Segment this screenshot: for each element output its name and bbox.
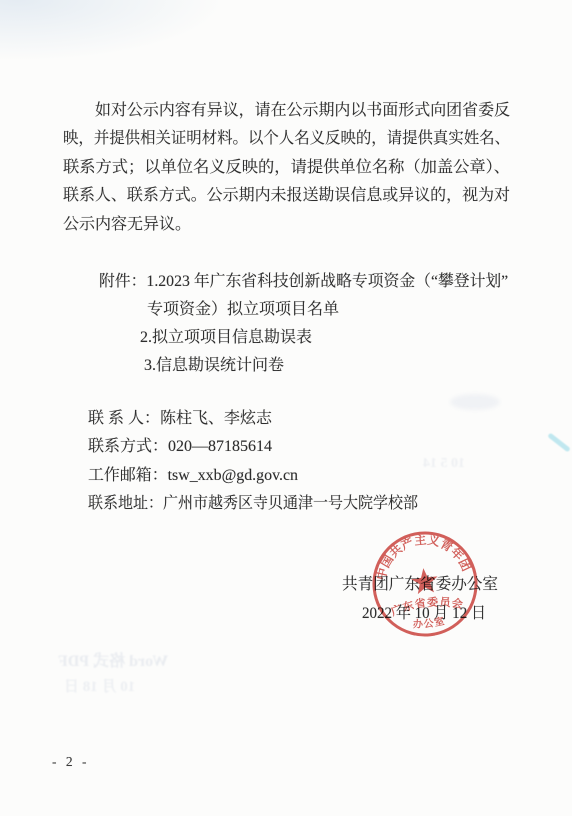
contact-person: 联 系 人：陈柱飞、李炫志 bbox=[88, 409, 272, 429]
scanned-document-page: 如对公示内容有异议，请在公示期内以书面形式向团省委反 映，并提供相关证明材料。以… bbox=[0, 0, 572, 816]
contact-address: 联系地址：广州市越秀区寺贝通津一号大院学校部 bbox=[88, 494, 418, 514]
contact-phone: 联系方式：020—87185614 bbox=[88, 437, 272, 457]
body-line: 联系方式；以单位名义反映的，请提供单位名称（加盖公章）、 bbox=[63, 158, 510, 178]
seal-bottom-text: 办公室 bbox=[412, 614, 447, 632]
attachment-line-2: 专项资金）拟立项项目名单 bbox=[147, 300, 339, 320]
seal-graphic: 中国共产主义青年团 广东省委员会 办公室 bbox=[366, 525, 485, 644]
body-line: 联系人、联系方式。公示期内未报送勘误信息或异议的，视为对 bbox=[63, 186, 510, 206]
bleedthrough-text: 10 5 14 bbox=[423, 456, 465, 472]
bleedthrough-smudge bbox=[450, 394, 500, 410]
svg-text:广东省委员会: 广东省委员会 bbox=[388, 591, 466, 619]
svg-text:中国共产主义青年团: 中国共产主义青年团 bbox=[369, 527, 474, 583]
attachment-line-3: 2.拟立项项目信息勘误表 bbox=[140, 328, 312, 348]
seal-star-icon bbox=[410, 567, 439, 595]
contact-email: 工作邮箱：tsw_xxb@gd.gov.cn bbox=[88, 466, 298, 486]
page-number: - 2 - bbox=[52, 752, 90, 772]
body-line: 公示内容无异议。 bbox=[63, 215, 191, 235]
seal-middle-text: 广东省委员会 bbox=[388, 591, 466, 619]
body-line: 如对公示内容有异议，请在公示期内以书面形式向团省委反 bbox=[95, 101, 510, 121]
bleedthrough-text: 10 月 18 日 bbox=[64, 675, 135, 696]
bleedthrough-text: Word 格式 PDF bbox=[58, 648, 168, 671]
attachment-line-4: 3.信息勘误统计问卷 bbox=[144, 356, 284, 376]
seal-ring-text: 中国共产主义青年团 bbox=[369, 527, 474, 583]
scan-edge-tint bbox=[0, 0, 220, 60]
attachment-line-1: 附件：1.2023 年广东省科技创新战略专项资金（“攀登计划” bbox=[99, 272, 508, 292]
scanner-streak bbox=[547, 433, 571, 453]
official-seal: 中国共产主义青年团 广东省委员会 办公室 bbox=[366, 525, 485, 644]
svg-text:办公室: 办公室 bbox=[412, 614, 447, 632]
body-line: 映，并提供相关证明材料。以个人名义反映的，请提供真实姓名、 bbox=[63, 129, 510, 149]
